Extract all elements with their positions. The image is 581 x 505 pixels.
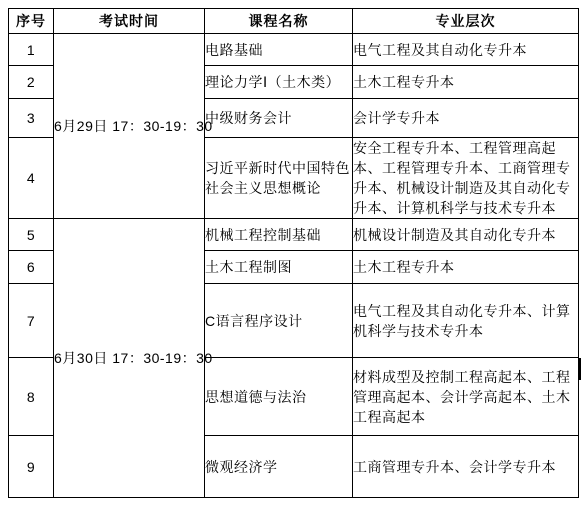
row-number: 9 — [9, 436, 54, 498]
course-name: 思想道德与法治 — [205, 358, 353, 436]
major-level: 材料成型及控制工程高起本、工程管理高起本、会计学高起本、土木工程高起本 — [353, 358, 579, 436]
row-number: 2 — [9, 66, 54, 99]
header-number: 序号 — [9, 9, 54, 34]
course-name: 微观经济学 — [205, 436, 353, 498]
course-name: 理论力学Ⅰ（土木类） — [205, 66, 353, 99]
table-row: 1 6月29日 17：30-19：30 电路基础 电气工程及其自动化专升本 — [9, 34, 579, 66]
row-number: 4 — [9, 138, 54, 219]
course-name: 习近平新时代中国特色社会主义思想概论 — [205, 138, 353, 219]
major-level: 会计学专升本 — [353, 99, 579, 138]
course-name: 电路基础 — [205, 34, 353, 66]
table-header-row: 序号 考试时间 课程名称 专业层次 — [9, 9, 579, 34]
table-row: 5 6月30日 17：30-19：30 机械工程控制基础 机械设计制造及其自动化… — [9, 219, 579, 251]
major-level: 电气工程及其自动化专升本 — [353, 34, 579, 66]
exam-time-group-1: 6月29日 17：30-19：30 — [54, 34, 205, 219]
major-level: 安全工程专升本、工程管理高起本、工程管理专升本、工商管理专升本、机械设计制造及其… — [353, 138, 579, 219]
course-name: 中级财务会计 — [205, 99, 353, 138]
row-number: 3 — [9, 99, 54, 138]
row-number: 1 — [9, 34, 54, 66]
page: { "table": { "headers": ["序号", "考试时间", "… — [0, 0, 581, 505]
row-number: 7 — [9, 284, 54, 358]
row-number: 8 — [9, 358, 54, 436]
major-level: 土木工程专升本 — [353, 251, 579, 284]
header-exam-time: 考试时间 — [54, 9, 205, 34]
course-name: 机械工程控制基础 — [205, 219, 353, 251]
major-level: 电气工程及其自动化专升本、计算机科学与技术专升本 — [353, 284, 579, 358]
header-course-name: 课程名称 — [205, 9, 353, 34]
course-name: 土木工程制图 — [205, 251, 353, 284]
row-number: 6 — [9, 251, 54, 284]
header-major-level: 专业层次 — [353, 9, 579, 34]
major-level: 土木工程专升本 — [353, 66, 579, 99]
major-level: 工商管理专升本、会计学专升本 — [353, 436, 579, 498]
major-level: 机械设计制造及其自动化专升本 — [353, 219, 579, 251]
exam-schedule-table: 序号 考试时间 课程名称 专业层次 1 6月29日 17：30-19：30 电路… — [8, 8, 579, 498]
row-number: 5 — [9, 219, 54, 251]
exam-time-group-2: 6月30日 17：30-19：30 — [54, 219, 205, 498]
course-name: C语言程序设计 — [205, 284, 353, 358]
